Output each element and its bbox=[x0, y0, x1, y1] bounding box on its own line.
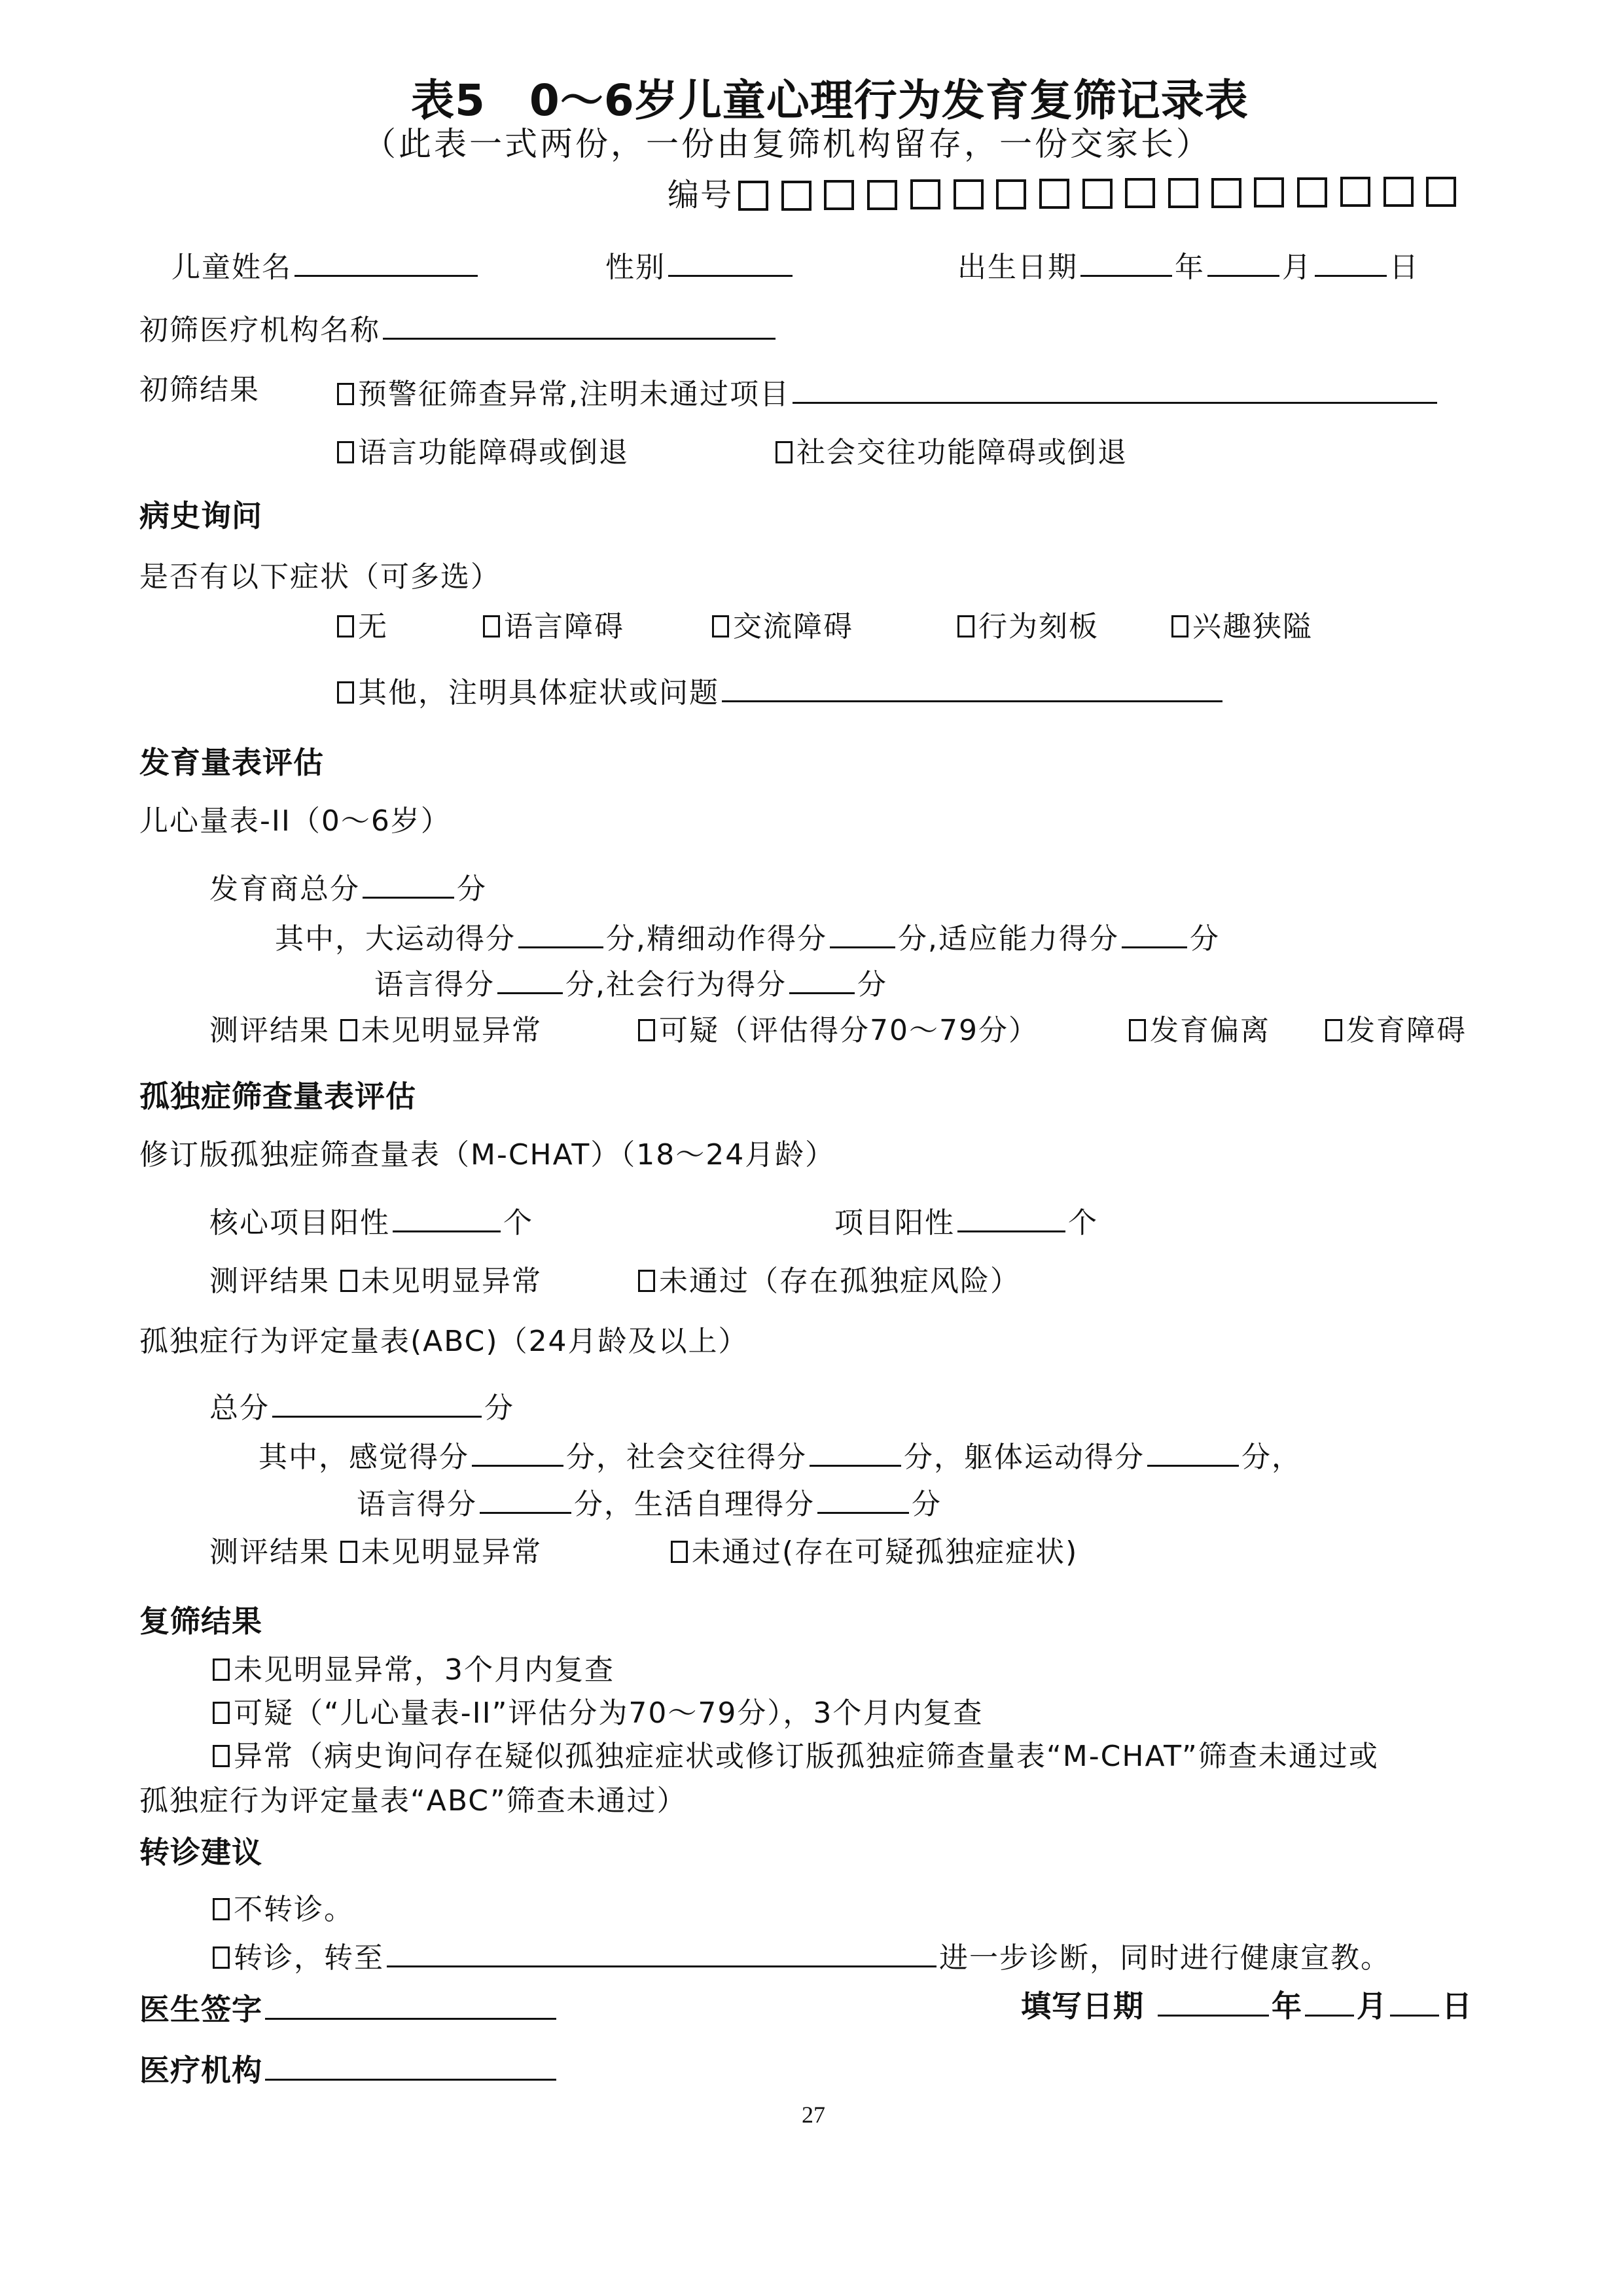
rescreen-opt2: 可疑（“儿心量表-II”评估分为70～79分），3个月内复查 bbox=[213, 1694, 983, 1733]
adaptive-field[interactable] bbox=[1122, 915, 1187, 948]
symptom-other-field[interactable] bbox=[722, 669, 1222, 702]
unit-label: 分 bbox=[904, 1441, 934, 1474]
day-label: 日 bbox=[1389, 251, 1419, 284]
birth-date-row: 出生日期年月日 bbox=[957, 243, 1419, 287]
fill-date-row: 填写日期 年月日 bbox=[1021, 1983, 1472, 2026]
referral-label: 转诊，转至 bbox=[234, 1941, 384, 1975]
abc-total-field[interactable] bbox=[272, 1384, 482, 1418]
initial-result-warning: 预警征筛查异常,注明未通过项目 bbox=[337, 370, 1440, 414]
initial-result-social: 社会交往功能障碍或倒退 bbox=[776, 433, 1128, 473]
initial-result-language: 语言功能障碍或倒退 bbox=[337, 433, 629, 473]
fill-date-label: 填写日期 bbox=[1021, 1988, 1144, 2024]
institution-row: 医疗机构 bbox=[139, 2047, 559, 2090]
no-referral-label: 不转诊。 bbox=[234, 1893, 354, 1926]
mchat-result-option: 未通过（存在孤独症风险） bbox=[659, 1265, 1020, 1298]
abc-subscores-row2: 语言得分分，生活自理得分分 bbox=[357, 1480, 942, 1524]
mchat-name: 修订版孤独症筛查量表（M-CHAT）（18～24月龄） bbox=[139, 1136, 835, 1175]
child-name-row: 儿童姓名 bbox=[171, 243, 480, 287]
symptom-label: 兴趣狭隘 bbox=[1192, 610, 1313, 643]
dq-total-row: 发育商总分分 bbox=[209, 865, 487, 909]
id-digit-box[interactable] bbox=[1426, 177, 1456, 207]
symptom-other-label: 其他，注明具体症状或问题 bbox=[358, 676, 719, 709]
fill-month-field[interactable] bbox=[1305, 1983, 1354, 2017]
body-motor-field[interactable] bbox=[1147, 1433, 1239, 1467]
page-number: 27 bbox=[802, 2101, 825, 2128]
dev-result-label: 测评结果 bbox=[209, 1014, 330, 1047]
id-digit-box[interactable] bbox=[738, 181, 768, 211]
count-unit-label: 个 bbox=[1068, 1206, 1098, 1240]
year-label: 年 bbox=[1175, 251, 1205, 284]
social-checkbox[interactable] bbox=[776, 441, 793, 463]
rescreen-option-label: 异常（病史询问存在疑似孤独症症状或修订版孤独症筛查量表“M-CHAT”筛查未通过… bbox=[234, 1740, 1379, 1773]
unit-label: 分 bbox=[898, 922, 928, 956]
unit-label: 分 bbox=[912, 1488, 942, 1521]
unit-label: 分 bbox=[566, 1441, 596, 1474]
symptom-stereotyped: 行为刻板 bbox=[957, 607, 1099, 647]
history-question: 是否有以下症状（可多选） bbox=[139, 558, 501, 597]
abc-social-label: 社会交往得分 bbox=[626, 1441, 807, 1474]
rescreen-checkbox[interactable] bbox=[213, 1702, 230, 1724]
autism-heading: 孤独症筛查量表评估 bbox=[139, 1077, 416, 1116]
language-score-label: 语言得分 bbox=[374, 968, 495, 1001]
dev-result-row: 测评结果 未见明显异常 bbox=[209, 1011, 542, 1050]
symptom-label: 行为刻板 bbox=[978, 610, 1099, 643]
fill-day-field[interactable] bbox=[1390, 1983, 1439, 2017]
symptom-narrow-interest: 兴趣狭隘 bbox=[1171, 607, 1313, 647]
gender-field[interactable] bbox=[668, 243, 793, 277]
unit-label: 分 bbox=[1241, 1441, 1272, 1474]
id-digit-box[interactable] bbox=[1168, 178, 1198, 208]
gender-row: 性别 bbox=[605, 243, 795, 287]
symptom-other: 其他，注明具体症状或问题 bbox=[337, 669, 1225, 713]
id-digit-box[interactable] bbox=[1340, 177, 1370, 207]
history-heading: 病史询问 bbox=[139, 496, 262, 535]
id-label: 编号 bbox=[668, 175, 733, 215]
warning-label: 预警征筛查异常,注明未通过项目 bbox=[358, 378, 790, 411]
child-name-field[interactable] bbox=[294, 243, 478, 277]
mchat-result-option: 未见明显异常 bbox=[361, 1265, 542, 1298]
dev-subscores-row1: 其中，大运动得分分,精细动作得分分,适应能力得分分 bbox=[275, 915, 1220, 959]
dev-result-checkbox[interactable] bbox=[1325, 1019, 1342, 1041]
form-subtitle: （此表一式两份，一份由复筛机构留存，一份交家长） bbox=[363, 118, 1211, 165]
mchat-result-fail: 未通过（存在孤独症风险） bbox=[638, 1262, 1020, 1301]
symptom-label: 语言障碍 bbox=[504, 610, 624, 643]
abc-name: 孤独症行为评定量表(ABC)（24月龄及以上） bbox=[139, 1322, 749, 1361]
symptom-other-checkbox[interactable] bbox=[337, 681, 354, 704]
gender-label: 性别 bbox=[605, 251, 666, 284]
unit-label: 分 bbox=[857, 968, 887, 1001]
symptom-none: 无 bbox=[337, 607, 388, 647]
dev-result-option: 发育偏离 bbox=[1150, 1014, 1270, 1047]
dev-result-option: 未见明显异常 bbox=[361, 1014, 542, 1047]
item-positive-field[interactable] bbox=[957, 1199, 1065, 1232]
item-positive-label: 项目阳性 bbox=[834, 1206, 955, 1240]
abc-subscores-row1: 其中，感觉得分分，社会交往得分分，躯体运动得分分， bbox=[259, 1433, 1302, 1477]
id-digit-box[interactable] bbox=[1383, 177, 1414, 207]
symptom-checkbox[interactable] bbox=[337, 615, 354, 637]
id-digit-box[interactable] bbox=[996, 179, 1026, 209]
id-digit-box[interactable] bbox=[910, 179, 940, 209]
failed-items-field[interactable] bbox=[793, 370, 1437, 404]
dev-result-deviation: 发育偏离 bbox=[1129, 1011, 1270, 1050]
symptom-checkbox[interactable] bbox=[712, 615, 729, 637]
dev-result-checkbox[interactable] bbox=[340, 1019, 357, 1041]
among-label: 其中， bbox=[259, 1441, 349, 1474]
child-name-label: 儿童姓名 bbox=[171, 251, 292, 284]
unit-label: 分 bbox=[484, 1391, 514, 1425]
birth-label: 出生日期 bbox=[957, 251, 1078, 284]
abc-social-field[interactable] bbox=[810, 1433, 901, 1467]
id-digit-box[interactable] bbox=[1254, 177, 1284, 207]
id-digit-box[interactable] bbox=[954, 179, 984, 209]
referral-suffix: 进一步诊断，同时进行健康宣教。 bbox=[939, 1941, 1391, 1975]
self-care-field[interactable] bbox=[817, 1480, 909, 1514]
body-motor-label: 躯体运动得分 bbox=[964, 1441, 1145, 1474]
dev-result-checkbox[interactable] bbox=[1129, 1019, 1146, 1041]
initial-institution-row: 初筛医疗机构名称 bbox=[139, 306, 778, 350]
dev-subscores-row2: 语言得分分,社会行为得分分 bbox=[374, 961, 887, 1005]
dq-total-field[interactable] bbox=[363, 865, 454, 899]
symptom-label: 交流障碍 bbox=[733, 610, 853, 643]
abc-language-field[interactable] bbox=[480, 1480, 571, 1514]
dev-result-option: 发育障碍 bbox=[1346, 1014, 1467, 1047]
month-label: 月 bbox=[1357, 1988, 1387, 2024]
dev-result-option: 可疑（评估得分70～79分） bbox=[659, 1014, 1039, 1047]
fine-motor-label: 精细动作得分 bbox=[647, 922, 827, 956]
rescreen-option-label: 未见明显异常，3个月内复查 bbox=[234, 1653, 615, 1687]
social-label: 社会交往功能障碍或倒退 bbox=[796, 436, 1128, 469]
no-referral: 不转诊。 bbox=[213, 1890, 354, 1929]
abc-result-fail: 未通过(存在可疑孤独症症状) bbox=[671, 1533, 1078, 1572]
id-digit-box[interactable] bbox=[1211, 178, 1241, 208]
adaptive-label: 适应能力得分 bbox=[938, 922, 1119, 956]
symptom-communication: 交流障碍 bbox=[712, 607, 853, 647]
unit-label: 分 bbox=[606, 922, 636, 956]
abc-total-label: 总分 bbox=[209, 1391, 270, 1425]
sensory-label: 感觉得分 bbox=[349, 1441, 469, 1474]
core-positive-row: 核心项目阳性个 bbox=[209, 1199, 533, 1243]
symptom-checkbox[interactable] bbox=[957, 615, 974, 637]
id-digit-box[interactable] bbox=[824, 180, 854, 210]
referral-row: 转诊，转至进一步诊断，同时进行健康宣教。 bbox=[213, 1934, 1391, 1978]
dev-scale-name: 儿心量表-II（0～6岁） bbox=[139, 802, 451, 841]
warning-checkbox[interactable] bbox=[337, 383, 354, 405]
language-score-field[interactable] bbox=[497, 961, 563, 994]
abc-result-option: 未通过(存在可疑孤独症症状) bbox=[692, 1535, 1078, 1569]
gross-motor-label: 大运动得分 bbox=[365, 922, 516, 956]
language-checkbox[interactable] bbox=[337, 441, 354, 463]
rescreen-checkbox[interactable] bbox=[213, 1659, 230, 1681]
mchat-result-checkbox[interactable] bbox=[340, 1270, 357, 1292]
mchat-result-checkbox[interactable] bbox=[638, 1270, 655, 1292]
fine-motor-field[interactable] bbox=[830, 915, 895, 948]
year-label: 年 bbox=[1272, 1988, 1302, 2024]
birth-day-field[interactable] bbox=[1315, 243, 1387, 277]
rescreen-opt1: 未见明显异常，3个月内复查 bbox=[213, 1651, 615, 1690]
doctor-sign-label: 医生签字 bbox=[139, 1992, 262, 2027]
dq-total-label: 发育商总分 bbox=[209, 872, 360, 906]
symptom-checkbox[interactable] bbox=[1171, 615, 1188, 637]
fill-year-field[interactable] bbox=[1158, 1983, 1269, 2017]
initial-institution-label: 初筛医疗机构名称 bbox=[139, 314, 380, 347]
doctor-sign-field[interactable] bbox=[265, 1986, 556, 2020]
dev-scale-heading: 发育量表评估 bbox=[139, 743, 324, 782]
count-unit-label: 个 bbox=[503, 1206, 533, 1240]
unit-label: 分 bbox=[1190, 922, 1220, 956]
dev-result-disorder: 发育障碍 bbox=[1325, 1011, 1467, 1050]
mchat-result-label: 测评结果 bbox=[209, 1265, 330, 1298]
month-label: 月 bbox=[1282, 251, 1312, 284]
unit-label: 分 bbox=[574, 1488, 604, 1521]
day-label: 日 bbox=[1442, 1988, 1472, 2024]
symptom-checkbox[interactable] bbox=[483, 615, 500, 637]
item-positive-row: 项目阳性个 bbox=[834, 1199, 1098, 1243]
id-digit-box[interactable] bbox=[867, 180, 897, 210]
rescreen-option-label: 可疑（“儿心量表-II”评估分为70～79分），3个月内复查 bbox=[234, 1696, 983, 1730]
core-positive-label: 核心项目阳性 bbox=[209, 1206, 390, 1240]
id-digit-box[interactable] bbox=[1082, 179, 1113, 209]
id-digit-box[interactable] bbox=[781, 181, 811, 211]
gross-motor-field[interactable] bbox=[518, 915, 603, 948]
sensory-field[interactable] bbox=[472, 1433, 563, 1467]
institution-label: 医疗机构 bbox=[139, 2053, 262, 2088]
unit-label: 分 bbox=[457, 872, 487, 906]
social-score-field[interactable] bbox=[789, 961, 855, 994]
referral-heading: 转诊建议 bbox=[139, 1833, 262, 1872]
id-digit-box[interactable] bbox=[1039, 179, 1069, 209]
abc-total-row: 总分分 bbox=[209, 1384, 514, 1428]
referral-destination-field[interactable] bbox=[387, 1934, 936, 1967]
unit-label: 分 bbox=[565, 968, 596, 1001]
id-digit-box[interactable] bbox=[1297, 177, 1327, 207]
initial-result-label: 初筛结果 bbox=[139, 370, 260, 410]
rescreen-checkbox[interactable] bbox=[213, 1745, 230, 1767]
self-care-label: 生活自理得分 bbox=[634, 1488, 815, 1521]
symptom-label: 无 bbox=[358, 610, 388, 643]
abc-result-row: 测评结果 未见明显异常 bbox=[209, 1533, 542, 1572]
among-label: 其中， bbox=[275, 922, 365, 956]
institution-field[interactable] bbox=[265, 2047, 556, 2081]
no-referral-checkbox[interactable] bbox=[213, 1898, 230, 1920]
dev-result-checkbox[interactable] bbox=[638, 1019, 655, 1041]
abc-result-option: 未见明显异常 bbox=[361, 1535, 542, 1569]
birth-year-field[interactable] bbox=[1080, 243, 1172, 277]
abc-language-label: 语言得分 bbox=[357, 1488, 477, 1521]
abc-result-checkbox[interactable] bbox=[671, 1541, 688, 1563]
mchat-result-row: 测评结果 未见明显异常 bbox=[209, 1262, 542, 1301]
rescreen-opt3: 异常（病史询问存在疑似孤独症症状或修订版孤独症筛查量表“M-CHAT”筛查未通过… bbox=[213, 1737, 1379, 1776]
referral-checkbox[interactable] bbox=[213, 1946, 230, 1969]
birth-month-field[interactable] bbox=[1207, 243, 1279, 277]
id-digit-box[interactable] bbox=[1125, 178, 1155, 208]
language-label: 语言功能障碍或倒退 bbox=[358, 436, 629, 469]
symptom-language: 语言障碍 bbox=[483, 607, 624, 647]
social-score-label: 社会行为得分 bbox=[606, 968, 787, 1001]
abc-result-label: 测评结果 bbox=[209, 1535, 330, 1569]
rescreen-heading: 复筛结果 bbox=[139, 1602, 262, 1641]
abc-result-checkbox[interactable] bbox=[340, 1541, 357, 1563]
dev-result-suspicious: 可疑（评估得分70～79分） bbox=[638, 1011, 1039, 1050]
initial-institution-field[interactable] bbox=[383, 306, 776, 340]
rescreen-opt3-cont: 孤独症行为评定量表“ABC”筛查未通过） bbox=[139, 1782, 687, 1821]
core-positive-field[interactable] bbox=[393, 1199, 501, 1232]
doctor-sign-row: 医生签字 bbox=[139, 1986, 559, 2029]
